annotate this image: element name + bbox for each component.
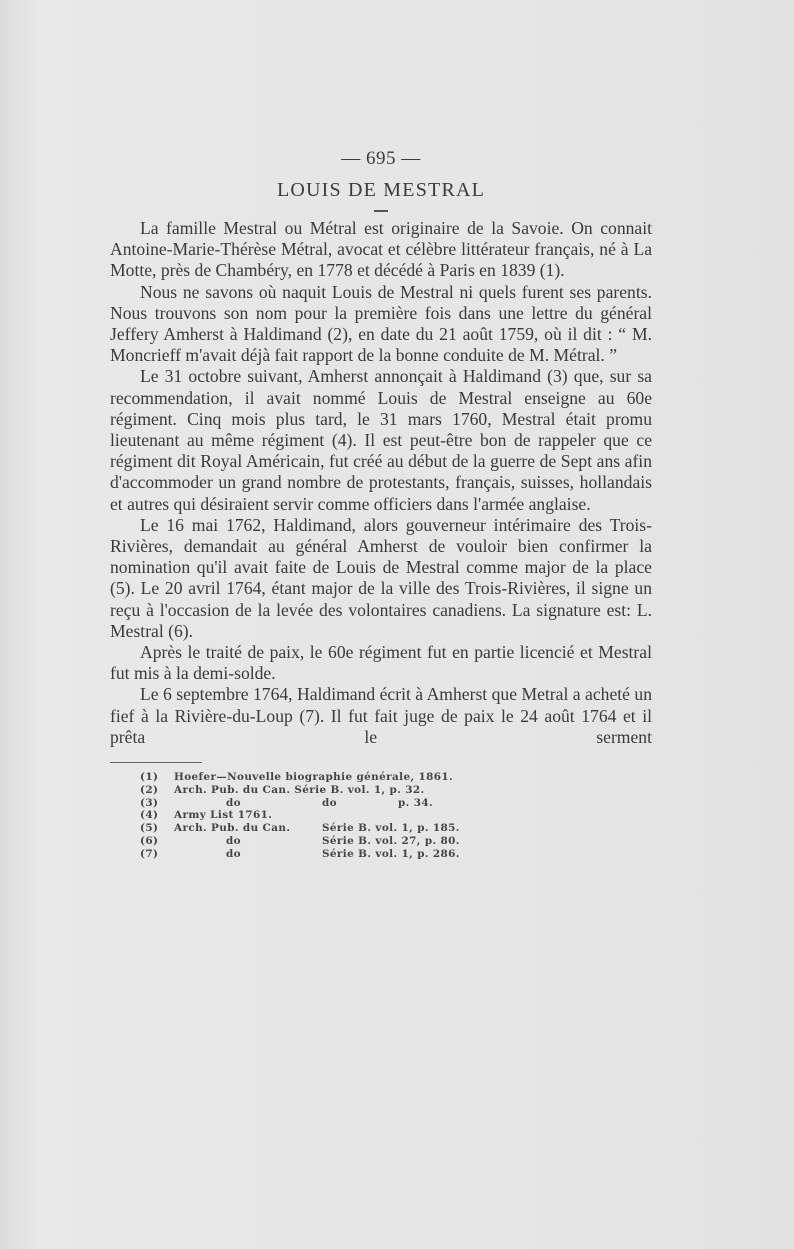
footnote-divider	[110, 762, 202, 763]
footnote-number: (1)	[110, 771, 174, 784]
page-number: — 695 —	[110, 148, 652, 170]
footnote-number: (2)	[110, 784, 174, 797]
footnote-text: Army List 1761.	[174, 809, 272, 822]
footnote-3: (3) do do p. 34.	[110, 797, 652, 810]
footnote-5: (5) Arch. Pub. du Can. Série B. vol. 1, …	[110, 822, 652, 835]
body-text: La famille Mestral ou Métral est origina…	[110, 218, 652, 748]
footnote-1: (1) Hoefer—Nouvelle biographie générale,…	[110, 771, 652, 784]
page-title: LOUIS DE MESTRAL	[110, 178, 652, 202]
footnote-text: Hoefer—Nouvelle biographie générale, 186…	[174, 771, 453, 784]
paragraph: Nous ne savons où naquit Louis de Mestra…	[110, 282, 652, 367]
footnote-ditto: do	[174, 835, 322, 848]
footnote-number: (3)	[110, 797, 174, 810]
paragraph: Le 6 septembre 1764, Haldimand écrit à A…	[110, 684, 652, 748]
footnote-reference: Série B. vol. 1, p. 286.	[322, 848, 460, 861]
footnote-number: (6)	[110, 835, 174, 848]
footnote-reference: Série B. vol. 1, p. 185.	[322, 822, 460, 835]
paragraph: La famille Mestral ou Métral est origina…	[110, 218, 652, 282]
footnote-text: Arch. Pub. du Can. Série B. vol. 1, p. 3…	[174, 784, 425, 797]
footnote-4: (4) Army List 1761.	[110, 809, 652, 822]
footnote-6: (6) do Série B. vol. 27, p. 80.	[110, 835, 652, 848]
footnote-number: (4)	[110, 809, 174, 822]
footnote-ditto: do	[174, 797, 322, 810]
footnote-ditto: do	[322, 797, 398, 810]
footnote-2: (2) Arch. Pub. du Can. Série B. vol. 1, …	[110, 784, 652, 797]
footnote-number: (5)	[110, 822, 174, 835]
footnote-source: Arch. Pub. du Can.	[174, 822, 322, 835]
footnote-7: (7) do Série B. vol. 1, p. 286.	[110, 848, 652, 861]
title-divider	[374, 210, 388, 212]
footnote-number: (7)	[110, 848, 174, 861]
paragraph: Le 16 mai 1762, Haldimand, alors gouvern…	[110, 515, 652, 642]
paragraph: Le 31 octobre suivant, Amherst annonçait…	[110, 366, 652, 514]
footnote-reference: Série B. vol. 27, p. 80.	[322, 835, 460, 848]
footnote-ditto: do	[174, 848, 322, 861]
footnotes: (1) Hoefer—Nouvelle biographie générale,…	[110, 771, 652, 861]
paragraph: Après le traité de paix, le 60e régiment…	[110, 642, 652, 684]
document-page: — 695 — LOUIS DE MESTRAL La famille Mest…	[110, 148, 652, 861]
footnote-page: p. 34.	[398, 797, 433, 810]
